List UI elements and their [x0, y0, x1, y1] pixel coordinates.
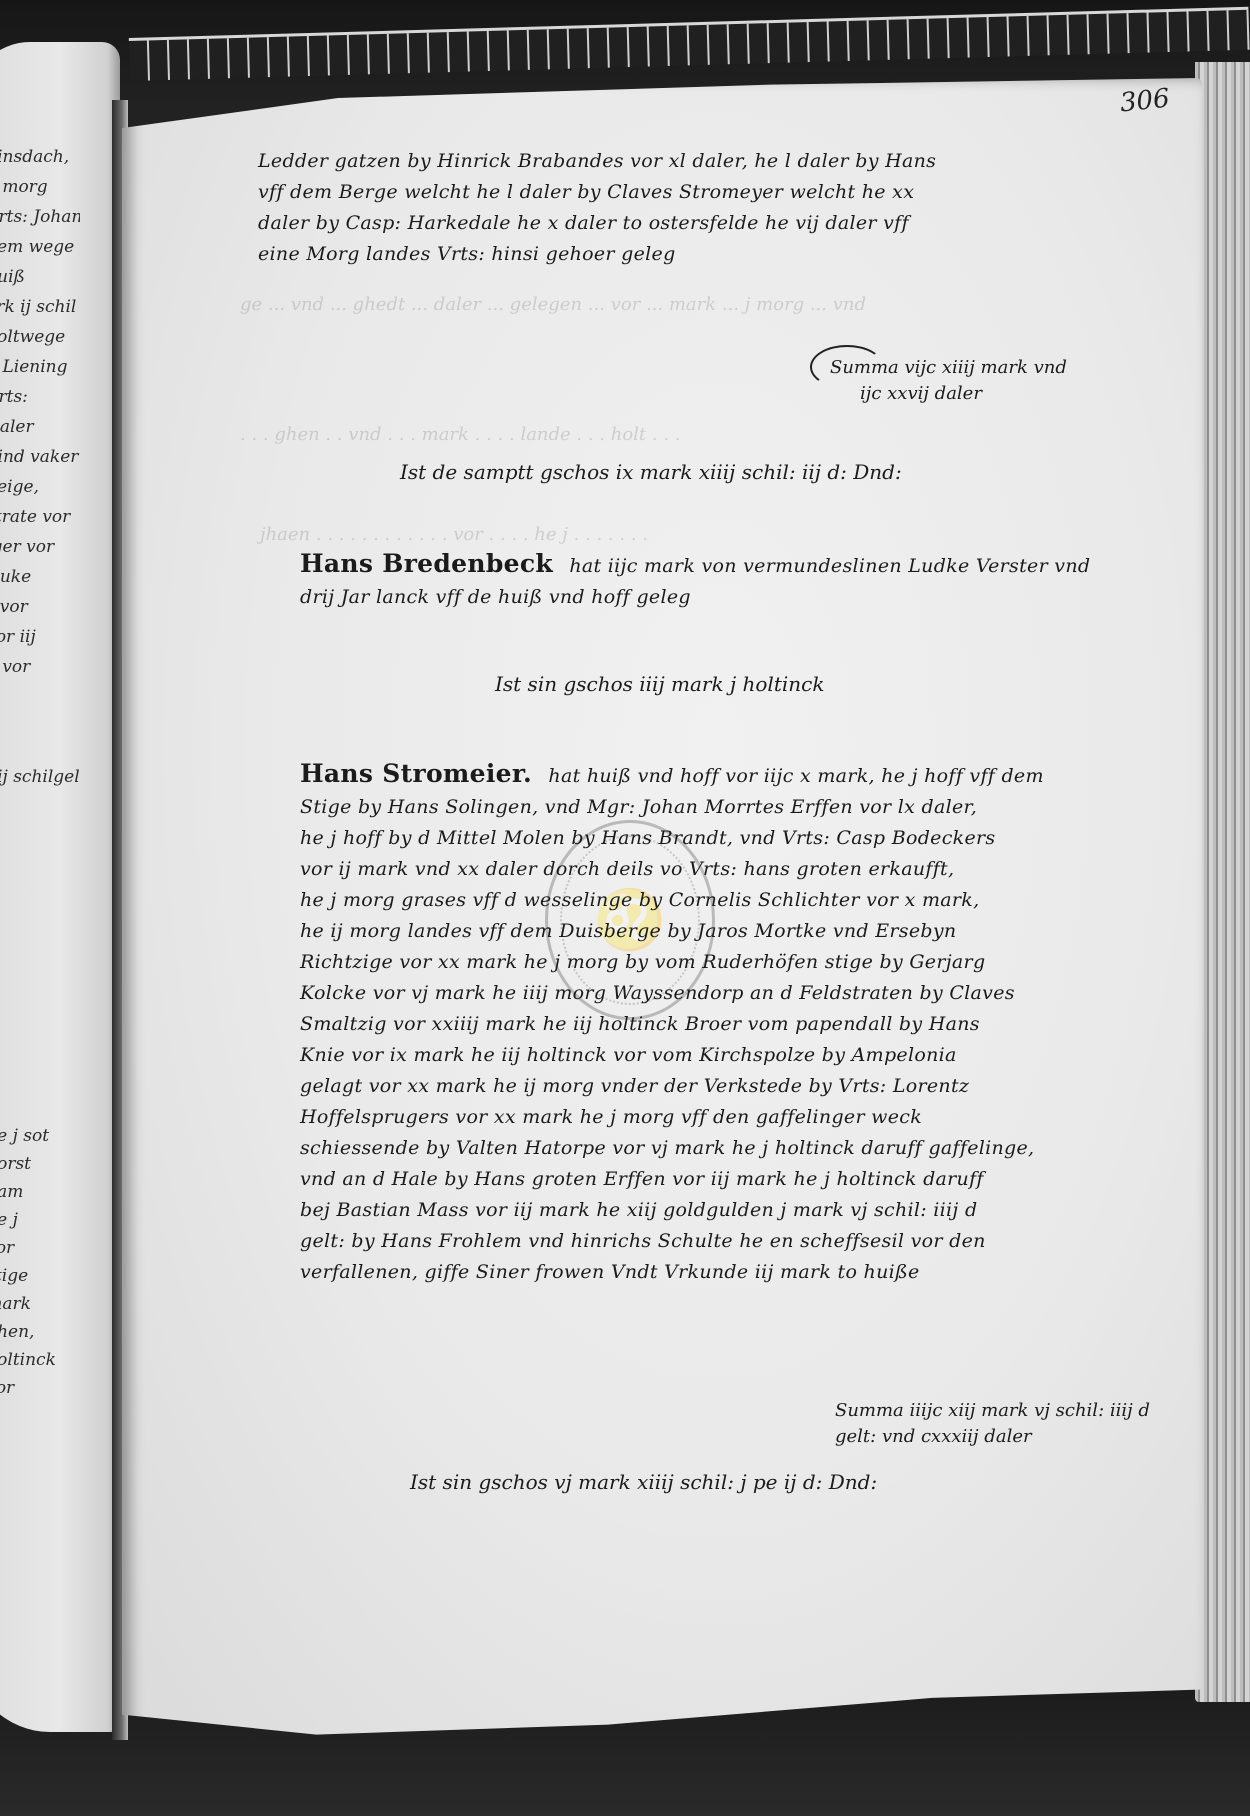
entry-line: Smaltzig vor xxiiij mark he iij holtinck… — [300, 1009, 1044, 1040]
ruler-tick — [929, 18, 950, 59]
entry-stromeier: Hans Stromeier. hat huiß vnd hoff vor ii… — [300, 758, 1044, 1288]
ruler-tick — [469, 31, 490, 72]
entry-line: eine Morg landes Vrts: hinsi gehoer gele… — [258, 239, 936, 270]
left-page-margin-note: ...iiij schilgelt — [0, 762, 80, 792]
margin-fragment: ...Vrts: — [0, 382, 80, 412]
entry-line: gelt: by Hans Frohlem vnd hinrichs Schul… — [300, 1226, 1044, 1257]
ruler-tick — [309, 35, 330, 76]
margin-fragment: ...Vrts: Johan — [0, 202, 80, 232]
entry-line: he ij morg landes vff dem Duisberge by J… — [300, 916, 1044, 947]
entry-line: drij Jar lanck vff de huiß vnd hoff gele… — [300, 582, 1090, 613]
ruler-tick — [349, 34, 370, 75]
left-page-margin-upper: ...dinsdach,...ij morg...Vrts: Johan...d… — [0, 142, 80, 682]
margin-fragment: ...ghen, — [0, 1318, 80, 1346]
ruler-tick — [1168, 11, 1189, 52]
ruler-tick — [869, 20, 890, 61]
entry-line: vff dem Berge welcht he l daler by Clave… — [258, 177, 936, 208]
ruler-tick — [729, 24, 750, 65]
ruler-tick — [389, 33, 410, 74]
ruler-tick — [429, 32, 450, 73]
margin-fragment: ...Lind vaker — [0, 442, 80, 472]
ruler-tick — [489, 30, 510, 71]
left-page: ...dinsdach,...ij morg...Vrts: Johan...d… — [0, 42, 120, 1732]
margin-fragment: ...vor iij — [0, 622, 80, 652]
page-number: 306 — [1119, 83, 1172, 118]
margin-note: ...iiij schilgelt — [0, 762, 80, 792]
tax-line: Ist sin gschos iiij mark j holtinck — [495, 672, 824, 696]
entry-line: vor ij mark vnd xx daler dorch deils vo … — [300, 854, 1044, 885]
entry-line: hat huiß vnd hoff vor iijc x mark, he j … — [548, 765, 1043, 787]
entry-line: Richtzige vor xx mark he j morg by vom R… — [300, 947, 1044, 978]
ruler-tick — [949, 18, 970, 59]
ruler-tick — [629, 26, 650, 67]
margin-fragment: ...vor — [0, 1374, 80, 1402]
ruler-tick — [1029, 15, 1050, 56]
ruler-tick — [889, 19, 910, 60]
ruler-tick — [449, 32, 470, 73]
margin-fragment: ...r vor — [0, 592, 80, 622]
ruler-tick — [669, 25, 690, 66]
ruler-tick — [909, 19, 930, 60]
ruler-tick — [1069, 14, 1090, 55]
margin-fragment: ...dem wege — [0, 232, 80, 262]
entry-line: daler by Casp: Harkedale he x daler to o… — [258, 208, 936, 239]
ruler-tick — [689, 25, 710, 66]
ruler-tick — [1109, 13, 1130, 54]
ruler-tick — [549, 29, 570, 70]
ruler-tick — [789, 22, 810, 63]
tax-line: Ist de samptt gschos ix mark xiiij schil… — [400, 460, 902, 484]
entry-bredenbeck: Hans Bredenbeck hat iijc mark von vermun… — [300, 548, 1090, 613]
flourish-mark — [810, 345, 884, 389]
ruler-tick — [269, 37, 290, 78]
margin-fragment: ...ij morg — [0, 172, 80, 202]
entry-heading: Hans Bredenbeck — [300, 549, 553, 578]
ruler-tick — [1089, 14, 1110, 55]
ruler-tick — [129, 40, 150, 81]
margin-fragment: ...Duke — [0, 562, 80, 592]
sum-line: Summa iiijc xiij mark vj schil: iiij d — [835, 1398, 1150, 1424]
margin-fragment: ...mark — [0, 1290, 80, 1318]
entry-line: Hoffelsprugers vor xx mark he j morg vff… — [300, 1102, 1044, 1133]
ruler-tick — [209, 38, 230, 79]
margin-fragment: ...d Liening — [0, 352, 80, 382]
margin-fragment: ...he j sot — [0, 1122, 80, 1150]
ruler-tick — [169, 39, 190, 80]
ruler-tick — [809, 21, 830, 62]
ruler-tick — [749, 23, 770, 64]
ruler-tick — [529, 29, 550, 70]
ruler-tick — [189, 39, 210, 80]
entry-line: Knie vor ix mark he iij holtinck vor vom… — [300, 1040, 1044, 1071]
ruler-tick — [829, 21, 850, 62]
bleed-through-text: jhaen . . . . . . . . . . . . vor . . . … — [260, 520, 648, 550]
ruler-tick — [149, 40, 170, 81]
ruler-tick — [769, 23, 790, 64]
ruler-tick — [569, 28, 590, 69]
ruler-tick — [1049, 15, 1070, 56]
margin-fragment: ...holtinck — [0, 1346, 80, 1374]
ruler-tick — [589, 28, 610, 69]
ruler-tick — [369, 34, 390, 75]
ruler-tick — [1148, 12, 1169, 53]
bleed-through-text: . . . ghen . . vnd . . . mark . . . . la… — [240, 420, 681, 450]
ruler-tick — [649, 26, 670, 67]
ruler-tick — [1208, 10, 1229, 51]
ruler-tick — [509, 30, 530, 71]
entry-line: he j morg grases vff d wesselinge by Cor… — [300, 885, 1044, 916]
entry-line: vnd an d Hale by Hans groten Erffen vor … — [300, 1164, 1044, 1195]
margin-fragment: ...dinsdach, — [0, 142, 80, 172]
margin-fragment: ...vor — [0, 1234, 80, 1262]
tax-line: Ist sin gschos vj mark xiiij schil: j pe… — [410, 1470, 877, 1494]
margin-fragment: ...huiß — [0, 262, 80, 292]
margin-fragment: ...stige — [0, 1262, 80, 1290]
left-page-margin-lower: ...he j sot...dorst...ham...he j...vor..… — [0, 1122, 80, 1402]
ruler-tick — [849, 20, 870, 61]
ruler-tick — [409, 33, 430, 74]
entry-line: verfallenen, giffe Siner frowen Vndt Vrk… — [300, 1257, 1044, 1288]
entry-line: Kolcke vor vj mark he iiij morg Wayssend… — [300, 978, 1044, 1009]
ruler-tick — [289, 36, 310, 77]
margin-fragment: ...ij vor — [0, 652, 80, 682]
entry-line: schiessende by Valten Hatorpe vor vj mar… — [300, 1133, 1044, 1164]
margin-fragment: ...iger vor — [0, 532, 80, 562]
entry-sum: Summa iiijc xiij mark vj schil: iiij d g… — [835, 1398, 1150, 1450]
ruler-tick — [1228, 10, 1249, 51]
margin-fragment: ...ark ij schil — [0, 292, 80, 322]
entry-line: hat iijc mark von vermundeslinen Ludke V… — [569, 555, 1090, 577]
ruler-tick — [1128, 13, 1149, 54]
margin-fragment: ...Daler — [0, 412, 80, 442]
margin-fragment: ...holtwege — [0, 322, 80, 352]
ruler-tick — [329, 35, 350, 76]
margin-fragment: ...deige, — [0, 472, 80, 502]
margin-fragment: ...he j — [0, 1206, 80, 1234]
ruler-tick — [229, 38, 250, 79]
ruler-tick — [969, 17, 990, 58]
entry-line: gelagt vor xx mark he ij morg vnder der … — [300, 1071, 1044, 1102]
bleed-through-text: ge ... vnd ... ghedt ... daler ... geleg… — [240, 290, 866, 320]
margin-fragment: ...dorst — [0, 1150, 80, 1178]
ruler-tick — [1009, 16, 1030, 57]
page-edges — [1195, 62, 1250, 1702]
entry-continuation: Ledder gatzen by Hinrick Brabandes vor x… — [258, 146, 936, 270]
ruler-tick — [249, 37, 270, 78]
margin-fragment: ...strate vor — [0, 502, 80, 532]
sum-line: gelt: vnd cxxxiij daler — [835, 1424, 1150, 1450]
entry-line: bej Bastian Mass vor iij mark he xiij go… — [300, 1195, 1044, 1226]
entry-line: he j hoff by d Mittel Molen by Hans Bran… — [300, 823, 1044, 854]
entry-heading: Hans Stromeier. — [300, 759, 532, 788]
ruler-tick — [609, 27, 630, 68]
ruler-tick — [709, 24, 730, 65]
entry-line: Stige by Hans Solingen, vnd Mgr: Johan M… — [300, 792, 1044, 823]
entry-line: Ledder gatzen by Hinrick Brabandes vor x… — [258, 146, 936, 177]
ruler-tick — [1188, 11, 1209, 52]
margin-fragment: ...ham — [0, 1178, 80, 1206]
ruler-tick — [989, 16, 1010, 57]
